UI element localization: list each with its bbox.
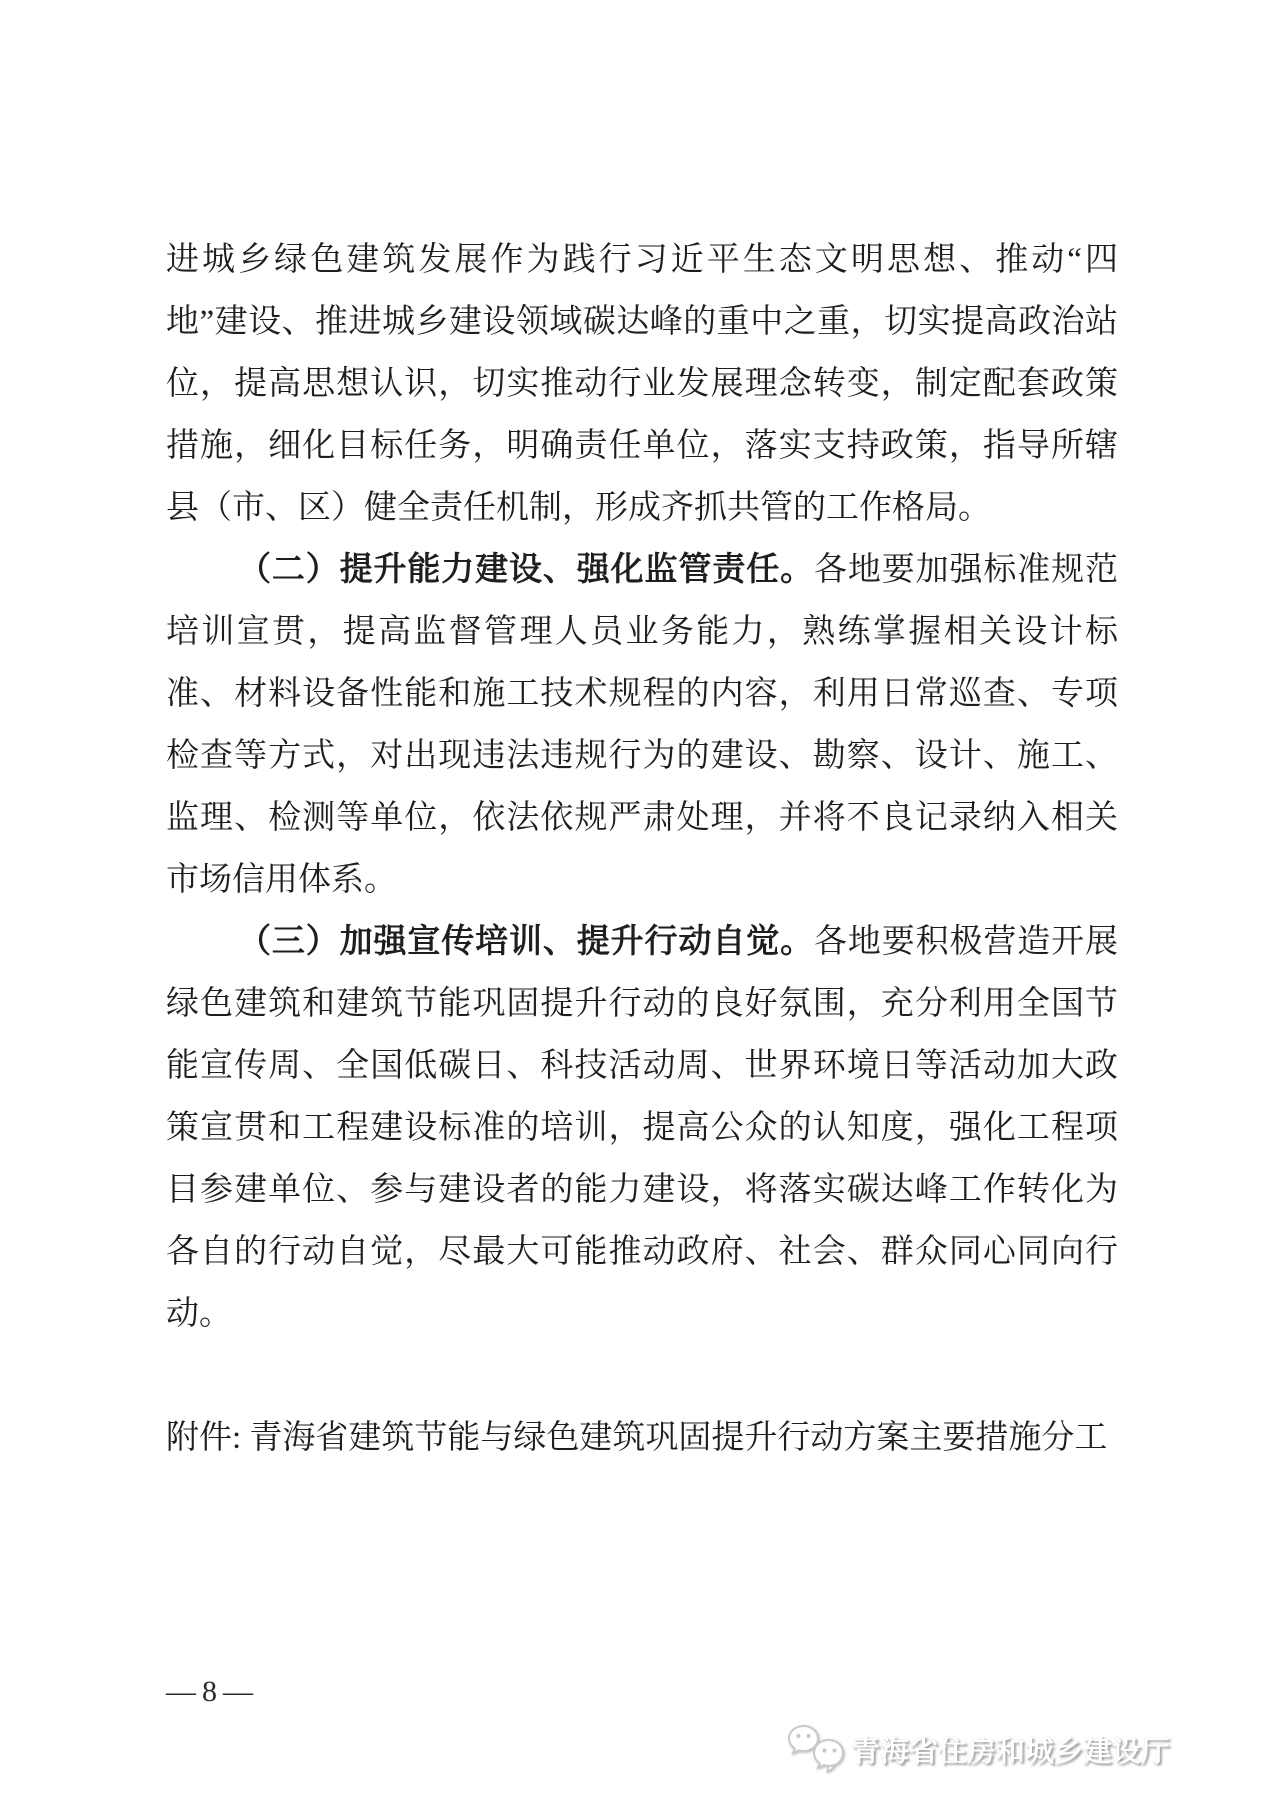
- section-heading-3: （三）加强宣传培训、提升行动自觉。: [238, 924, 814, 960]
- paragraph-text: 进城乡绿色建筑发展作为践行习近平生态文明思想、推动“四地”建设、推进城乡建设领域…: [166, 242, 1118, 526]
- section-heading-2: （二）提升能力建设、强化监管责任。: [238, 552, 814, 588]
- page-number: —8—: [166, 1675, 259, 1709]
- paragraph-continuation: 进城乡绿色建筑发展作为践行习近平生态文明思想、推动“四地”建设、推进城乡建设领域…: [166, 229, 1118, 539]
- paragraph-section-2: （二）提升能力建设、强化监管责任。各地要加强标准规范培训宣贯，提高监督管理人员业…: [166, 539, 1118, 911]
- watermark: 青海省住房和城乡建设厅: [787, 1724, 1170, 1774]
- paragraph-text: 各地要加强标准规范培训宣贯，提高监督管理人员业务能力，熟练掌握相关设计标准、材料…: [166, 552, 1118, 898]
- attachment-line: 附件: 青海省建筑节能与绿色建筑巩固提升行动方案主要措施分工: [166, 1407, 1118, 1469]
- document-page: 进城乡绿色建筑发展作为践行习近平生态文明思想、推动“四地”建设、推进城乡建设领域…: [0, 0, 1280, 1810]
- wechat-icon: [787, 1724, 845, 1774]
- document-body: 进城乡绿色建筑发展作为践行习近平生态文明思想、推动“四地”建设、推进城乡建设领域…: [166, 229, 1118, 1469]
- paragraph-text: 各地要积极营造开展绿色建筑和建筑节能巩固提升行动的良好氛围，充分利用全国节能宣传…: [166, 924, 1118, 1332]
- paragraph-section-3: （三）加强宣传培训、提升行动自觉。各地要积极营造开展绿色建筑和建筑节能巩固提升行…: [166, 911, 1118, 1345]
- watermark-text: 青海省住房和城乡建设厅: [851, 1729, 1170, 1770]
